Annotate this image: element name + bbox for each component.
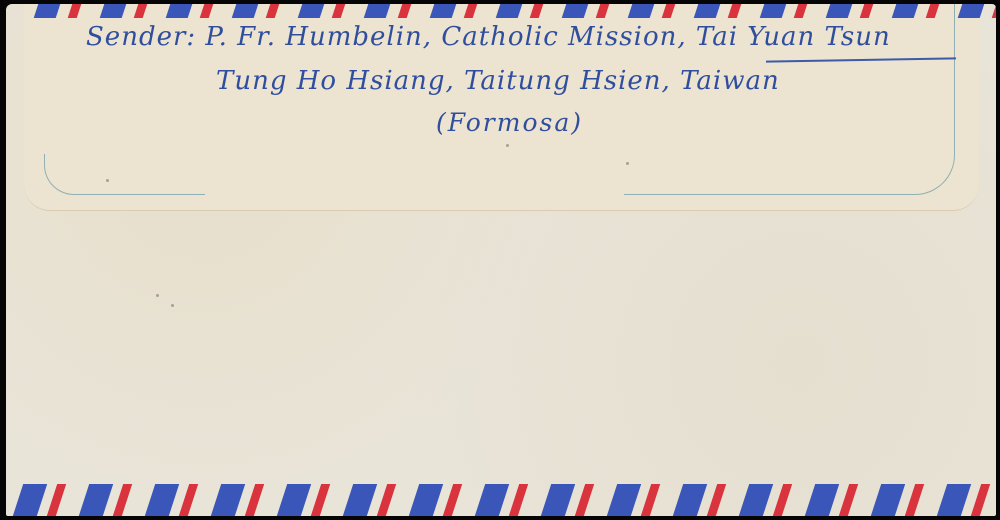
- airmail-border-bottom: [6, 484, 996, 516]
- sender-line-1: Sender: P. Fr. Humbelin, Catholic Missio…: [86, 22, 891, 52]
- paper-speck: [156, 294, 159, 297]
- envelope-back: Sender: P. Fr. Humbelin, Catholic Missio…: [6, 4, 996, 516]
- sender-line-3: (Formosa): [436, 108, 583, 137]
- paper-speck: [506, 144, 509, 147]
- sender-line-2: Tung Ho Hsiang, Taitung Hsien, Taiwan: [216, 66, 780, 96]
- airmail-border-top: [6, 4, 996, 18]
- paper-speck: [171, 304, 174, 307]
- paper-speck: [626, 162, 629, 165]
- flap-seal-line-left: [44, 154, 205, 195]
- paper-speck: [106, 179, 109, 182]
